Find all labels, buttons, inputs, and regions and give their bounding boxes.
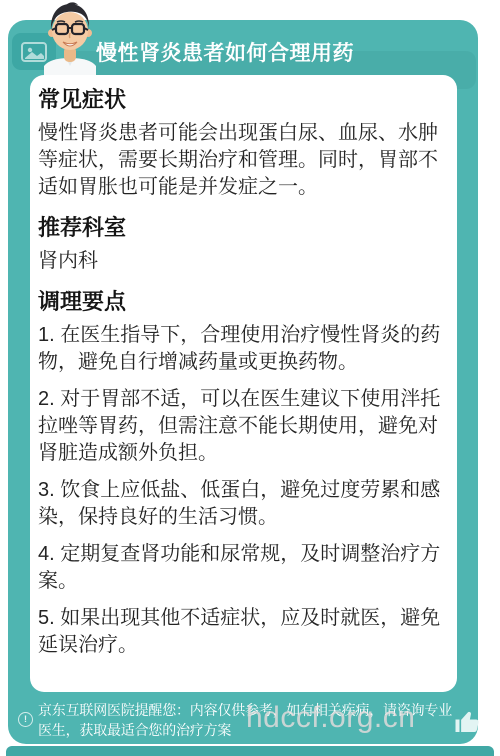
health-info-card: 慢性肾炎患者如何合理用药 常见症状 慢性肾炎患者可能会出现蛋白尿、血尿、水肿等症… <box>0 0 500 756</box>
care-item: 5. 如果出现其他不适症状，应及时就医，避免延误治疗。 <box>38 605 453 659</box>
symptoms-body: 慢性肾炎患者可能会出现蛋白尿、血尿、水肿等症状，需要长期治疗和管理。同时，胃部不… <box>38 120 453 201</box>
section-heading-symptoms: 常见症状 <box>38 87 453 113</box>
doctor-avatar <box>36 0 104 78</box>
section-heading-care: 调理要点 <box>38 289 453 315</box>
watermark: hdccf.org.cn <box>246 701 415 735</box>
care-item: 4. 定期复查肾功能和尿常规，及时调整治疗方案。 <box>38 541 453 595</box>
section-heading-department: 推荐科室 <box>38 215 453 241</box>
thumbs-up-button[interactable] <box>453 706 483 738</box>
info-icon: ! <box>18 712 33 727</box>
page-title: 慢性肾炎患者如何合理用药 <box>96 37 466 67</box>
content-card: 常见症状 慢性肾炎患者可能会出现蛋白尿、血尿、水肿等症状，需要长期治疗和管理。同… <box>30 75 457 692</box>
thumbs-up-icon <box>453 707 483 737</box>
care-item: 3. 饮食上应低盐、低蛋白，避免过度劳累和感染，保持良好的生活习惯。 <box>38 477 453 531</box>
next-card-peek <box>6 746 494 756</box>
care-item: 2. 对于胃部不适，可以在医生建议下使用泮托拉唑等胃药，但需注意不能长期使用，避… <box>38 386 453 467</box>
department-body: 肾内科 <box>38 248 453 275</box>
care-item: 1. 在医生指导下，合理使用治疗慢性肾炎的药物，避免自行增减药量或更换药物。 <box>38 322 453 376</box>
